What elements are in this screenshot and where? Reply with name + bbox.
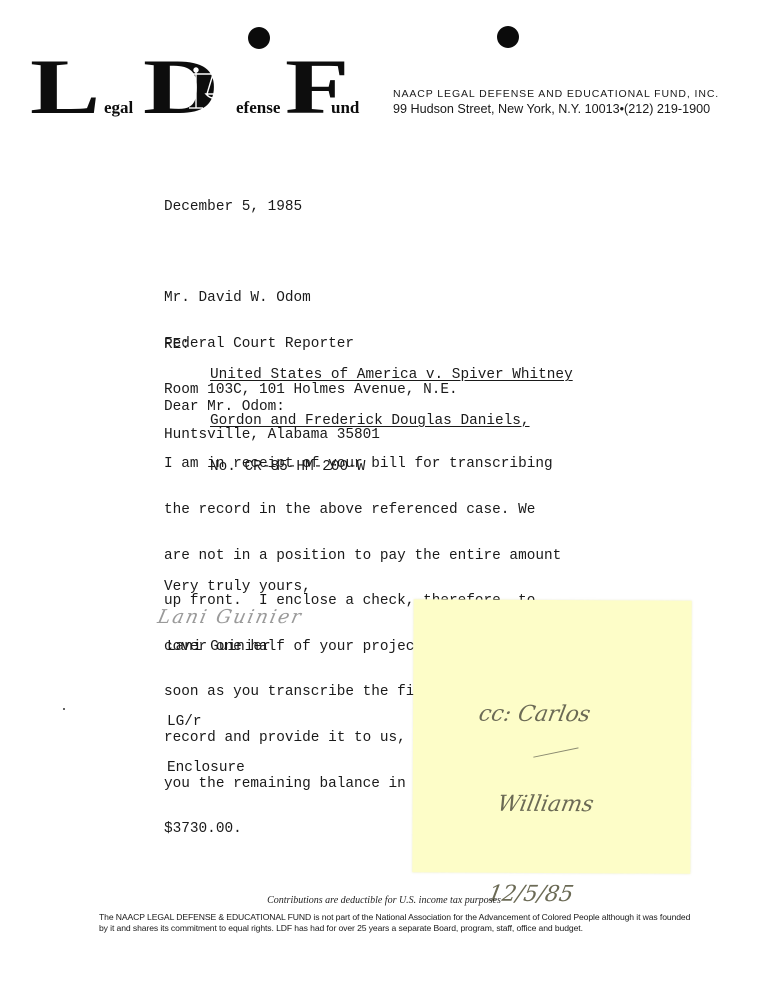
sticky-line-name: Williams (460, 790, 596, 821)
handwritten-signature: Lani Guinier (156, 606, 305, 628)
sticky-line-cc: cc: Carlos (476, 700, 612, 731)
footer-disclaimer: The NAACP LEGAL DEFENSE & EDUCATIONAL FU… (99, 912, 695, 934)
letterhead-info: NAACP LEGAL DEFENSE AND EDUCATIONAL FUND… (393, 88, 719, 117)
body-line: are not in a position to pay the entire … (164, 549, 561, 564)
body-line: the record in the above referenced case.… (164, 503, 561, 518)
punch-hole (248, 27, 270, 49)
body-line: I am in receipt of your bill for transcr… (164, 457, 561, 472)
tax-deductible-note: Contributions are deductible for U.S. in… (0, 895, 768, 906)
enclosure-note: Enclosure (167, 761, 245, 776)
signer-name: Lani Guinier (167, 640, 271, 655)
recipient-line: Mr. David W. Odom (164, 291, 458, 306)
logo-word-und: und (331, 98, 359, 118)
reference-block: LG/r Enclosure (167, 685, 245, 791)
logo-word-efense: efense (236, 98, 280, 118)
ldf-logo: L egal D efense F und (30, 58, 375, 120)
organization-name: NAACP LEGAL DEFENSE AND EDUCATIONAL FUND… (393, 88, 719, 101)
punch-hole (497, 26, 519, 48)
letter-date: December 5, 1985 (164, 200, 302, 215)
organization-address: 99 Hudson Street, New York, N.Y. 10013•(… (393, 101, 719, 117)
typist-initials: LG/r (167, 715, 245, 730)
re-line: United States of America v. Spiver Whitn… (210, 368, 573, 383)
scan-speck (63, 708, 65, 710)
closing: Very truly yours, (164, 580, 311, 595)
scales-of-justice-icon (170, 66, 222, 112)
re-label: RE: (164, 338, 190, 353)
salutation: Dear Mr. Odom: (164, 400, 285, 415)
logo-word-egal: egal (104, 98, 133, 118)
logo-letter-l: L (30, 48, 100, 126)
sticky-note: cc: Carlos Williams 12/5/85 (412, 599, 691, 873)
